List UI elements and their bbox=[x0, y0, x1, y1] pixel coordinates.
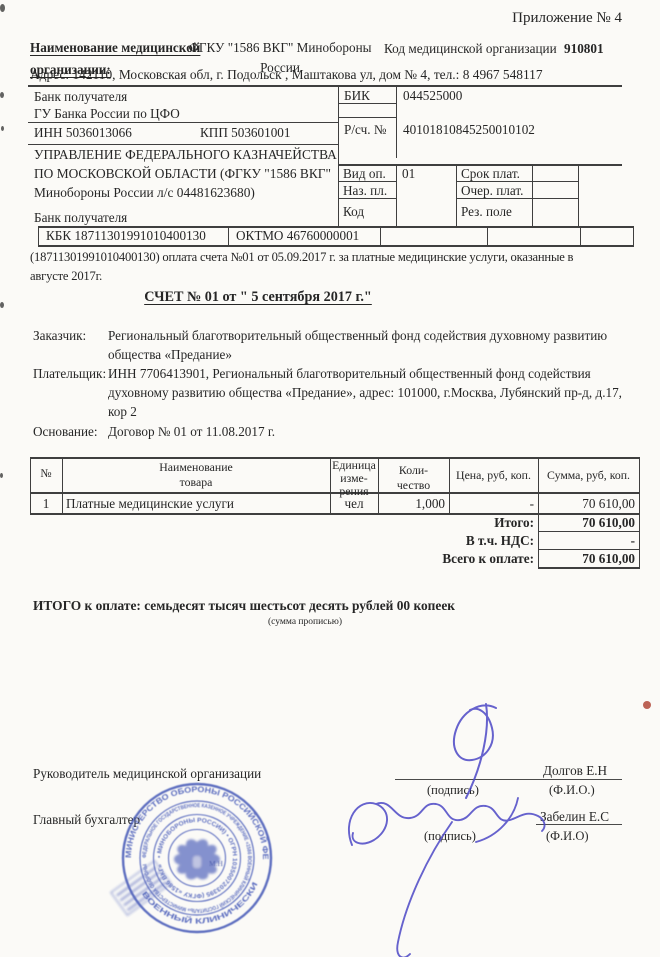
fio-caption-director: (Ф.И.О.) bbox=[549, 783, 595, 797]
table-border bbox=[38, 245, 634, 247]
recipient-bank-name: ГУ Банка России по ЦФО bbox=[34, 106, 180, 121]
table-border bbox=[456, 164, 457, 226]
grand-total-label: Всего к оплате: bbox=[334, 551, 534, 566]
director-role-label: Руководитель медицинской организации bbox=[33, 766, 261, 781]
vid-op-label: Вид оп. bbox=[343, 166, 386, 181]
table-border bbox=[338, 117, 396, 118]
table-border bbox=[633, 226, 634, 245]
bik-label: БИК bbox=[344, 88, 370, 103]
svg-text:ФЕДЕРАЛЬНОЕ ГОСУДАРСТВЕННОЕ КА: ФЕДЕРАЛЬНОЕ ГОСУДАРСТВЕННОЕ КАЗЕННОЕ УЧР… bbox=[142, 803, 252, 913]
table-border bbox=[639, 513, 640, 567]
col-header-qty-line1: Коли- bbox=[378, 464, 449, 478]
table-border bbox=[338, 198, 397, 199]
row-qty: 1,000 bbox=[378, 496, 445, 511]
scan-artifact bbox=[0, 473, 3, 478]
table-border bbox=[578, 164, 579, 226]
kpp-value: КПП 503601001 bbox=[200, 125, 290, 140]
sign-caption-accountant: (подпись) bbox=[424, 829, 476, 843]
scan-artifact bbox=[0, 302, 4, 308]
scan-artifact bbox=[0, 92, 4, 98]
rez-pole-label: Рез. поле bbox=[461, 204, 512, 219]
fio-caption-accountant: (Ф.И.О) bbox=[546, 829, 589, 843]
customer-line1: Региональный благотворительный обществен… bbox=[108, 328, 607, 343]
payer-line1: ИНН 7706413901, Региональный благотворит… bbox=[108, 366, 591, 381]
col-header-name-line1: Наименование bbox=[62, 461, 330, 475]
table-border bbox=[380, 226, 381, 245]
vat-label: В т.ч. НДС: bbox=[334, 533, 534, 548]
table-border bbox=[487, 226, 488, 245]
table-border bbox=[338, 85, 339, 226]
srok-plat-label: Срок плат. bbox=[461, 166, 520, 181]
customer-label: Заказчик: bbox=[33, 328, 86, 343]
table-border bbox=[538, 567, 640, 569]
director-name: Долгов Е.Н bbox=[543, 763, 607, 778]
table-border bbox=[38, 226, 39, 245]
payer-line3: кор 2 bbox=[108, 404, 137, 419]
table-border bbox=[639, 457, 640, 513]
signature-line bbox=[536, 824, 622, 825]
org-code-label: Код медицинской организации bbox=[384, 41, 557, 56]
svg-text:ВОЕННЫЙ КЛИНИЧЕСКИЙ: ВОЕННЫЙ КЛИНИЧЕСКИЙ bbox=[140, 851, 259, 926]
bik-value: 044525000 bbox=[403, 88, 462, 103]
payment-purpose-line2: августе 2017г. bbox=[30, 269, 102, 283]
scan-artifact bbox=[0, 4, 5, 12]
account-label: Р/сч. № bbox=[344, 122, 386, 137]
table-border bbox=[28, 122, 338, 123]
red-dot-artifact bbox=[643, 701, 651, 709]
table-border bbox=[456, 198, 579, 199]
stamp-center-text: М.Н bbox=[209, 859, 224, 868]
kbk-value: КБК 18711301991010400130 bbox=[46, 228, 206, 243]
treasury-line2: ПО МОСКОВСКОЙ ОБЛАСТИ (ФГКУ "1586 ВКГ" bbox=[34, 166, 331, 181]
row-unit: чел bbox=[330, 496, 378, 511]
col-header-name-line2: товара bbox=[62, 476, 330, 490]
accountant-name: Забелин Е.С bbox=[540, 809, 609, 824]
treasury-line1: УПРАВЛЕНИЕ ФЕДЕРАЛЬНОГО КАЗНАЧЕЙСТВА bbox=[34, 147, 337, 162]
stamp-ring-outer-bottom: ВОЕННЫЙ КЛИНИЧЕСКИЙ bbox=[140, 851, 259, 926]
account-value: 40101810845250010102 bbox=[403, 122, 535, 137]
row-name: Платные медицинские услуги bbox=[66, 496, 234, 511]
sign-caption-director: (подпись) bbox=[427, 783, 479, 797]
table-border bbox=[28, 144, 338, 145]
table-border bbox=[396, 85, 397, 158]
total-in-words: ИТОГО к оплате: семьдесят тысяч шестьсот… bbox=[33, 598, 455, 613]
org-code-value: 910801 bbox=[564, 41, 604, 56]
official-stamp: МИНИСТЕРСТВО ОБОРОНЫ РОССИЙСКОЙ ФЕДЕРАЦИ… bbox=[111, 784, 271, 932]
row-sum: 70 610,00 bbox=[538, 496, 635, 511]
appendix-label: Приложение № 4 bbox=[512, 10, 622, 27]
payment-purpose-line1: (18711301991010400130) оплата счета №01 … bbox=[30, 250, 573, 264]
stamp-ring-inner: • МИНОБОРОНЫ РОССИИ) • ОГРН 103500720339… bbox=[156, 817, 238, 899]
stamp-eagle-emblem bbox=[174, 839, 220, 879]
vid-op-value: 01 bbox=[402, 166, 415, 181]
col-header-sum: Сумма, руб, коп. bbox=[538, 469, 639, 483]
basis-label: Основание: bbox=[33, 424, 98, 439]
table-border bbox=[28, 85, 622, 87]
signature-line bbox=[395, 779, 622, 780]
invoice-document: Приложение № 4 Наименование медицинской … bbox=[0, 0, 660, 957]
recipient-bank-label2: Банк получателя bbox=[34, 210, 127, 225]
org-address: Адрес: 142110, Московская обл, г. Подоль… bbox=[30, 67, 543, 82]
oktmo-value: ОКТМО 46760000001 bbox=[236, 228, 359, 243]
accountant-role-label: Главный бухгалтер bbox=[33, 812, 140, 827]
basis-value: Договор № 01 от 11.08.2017 г. bbox=[108, 424, 275, 439]
stamp-ring-middle: ФЕДЕРАЛЬНОЕ ГОСУДАРСТВЕННОЕ КАЗЕННОЕ УЧР… bbox=[142, 803, 252, 913]
kod-label: Код bbox=[343, 204, 364, 219]
treasury-line3: Минобороны России л/с 04481623680) bbox=[34, 185, 255, 200]
col-header-qty-line2: чество bbox=[378, 479, 449, 493]
table-border bbox=[396, 164, 397, 226]
payer-label: Плательщик: bbox=[33, 366, 106, 381]
customer-line2: общества «Предание» bbox=[108, 347, 232, 362]
table-border bbox=[532, 164, 533, 226]
total-value: 70 610,00 bbox=[538, 515, 635, 530]
accountant-signature bbox=[349, 798, 545, 957]
table-border bbox=[228, 226, 229, 245]
stamp-smudge-artifact bbox=[111, 861, 171, 915]
org-name-line1: ФГКУ "1586 ВКГ" Минобороны bbox=[185, 40, 375, 55]
row-num: 1 bbox=[30, 496, 62, 511]
svg-text:МИНИСТЕРСТВО ОБОРОНЫ РОССИЙСК: МИНИСТЕРСТВО ОБОРОНЫ РОССИЙСКОЙ ФЕДЕРАЦИ… bbox=[124, 785, 270, 860]
recipient-bank-label: Банк получателя bbox=[34, 89, 127, 104]
table-border bbox=[338, 103, 396, 104]
row-price: - bbox=[449, 496, 534, 511]
svg-text:• МИНОБОРОНЫ РОССИИ) • ОГРН 10: • МИНОБОРОНЫ РОССИИ) • ОГРН 103500720339… bbox=[156, 817, 238, 899]
sum-in-words-hint: (сумма прописью) bbox=[155, 617, 455, 628]
table-border bbox=[580, 226, 581, 245]
ocher-plat-label: Очер. плат. bbox=[461, 183, 523, 198]
col-header-price: Цена, руб, коп. bbox=[449, 469, 538, 483]
org-name-label-line1: Наименование медицинской bbox=[30, 40, 200, 55]
vat-value: - bbox=[538, 533, 635, 548]
naz-pl-label: Наз. пл. bbox=[343, 183, 387, 198]
payer-line2: духовному развитию общества «Предание», … bbox=[108, 385, 622, 400]
col-header-num: № bbox=[30, 467, 62, 481]
total-label: Итого: bbox=[334, 515, 534, 530]
stamp-ring-outer-top: МИНИСТЕРСТВО ОБОРОНЫ РОССИЙСКОЙ ФЕДЕРАЦИ… bbox=[124, 785, 270, 860]
scan-artifact bbox=[1, 126, 4, 131]
grand-total-value: 70 610,00 bbox=[538, 551, 635, 566]
invoice-title: СЧЕТ № 01 от " 5 сентября 2017 г." bbox=[138, 289, 378, 305]
inn-value: ИНН 5036013066 bbox=[34, 125, 132, 140]
